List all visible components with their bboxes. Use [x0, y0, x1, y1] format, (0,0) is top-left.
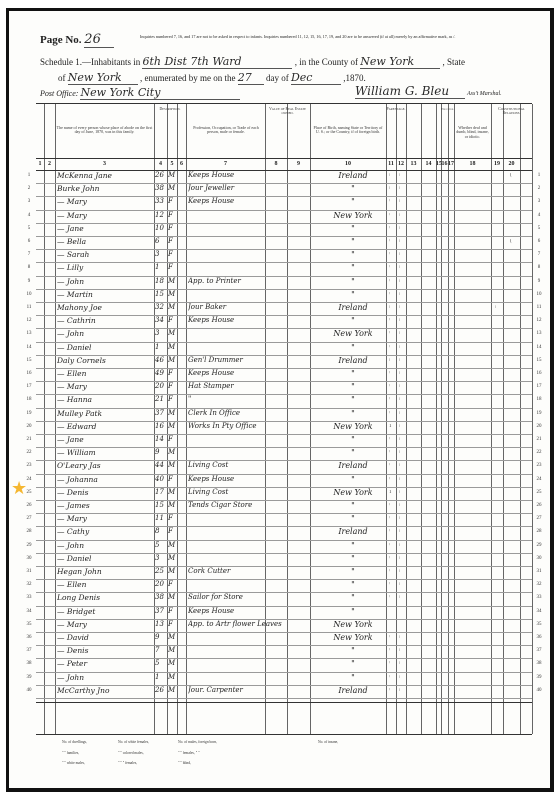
father-foreign-mark: \ [389, 543, 390, 548]
sex: F [168, 395, 177, 403]
age: 26 [155, 171, 167, 179]
person-name: — Mary [57, 197, 153, 206]
table-row: 2222— William9M"\/ [36, 447, 532, 460]
sex: M [168, 303, 177, 311]
mother-foreign-mark: / [399, 186, 400, 191]
vote-denied-mark: ( [510, 173, 512, 178]
column-number-12: 12 [396, 161, 406, 167]
line-number-right: 34 [532, 609, 546, 614]
line-number-left: 26 [22, 503, 36, 508]
sex: M [168, 567, 177, 575]
table-row: 1717— Mary20FHat Stamper"\/ [36, 381, 532, 394]
line-number-left: 7 [22, 252, 36, 257]
age: 18 [155, 277, 167, 285]
person-name: — Daniel [57, 554, 153, 563]
age: 46 [155, 356, 167, 364]
mother-foreign-mark: / [399, 239, 400, 244]
line-number-right: 10 [532, 292, 546, 297]
table-row: 1616— Ellen49FKeeps House"\/ [36, 368, 532, 381]
mother-foreign-mark: / [399, 331, 400, 336]
occupation: Keeps House [188, 607, 308, 615]
table-row: 22Burke John38MJour Jeweller"// [36, 183, 532, 196]
age: 21 [155, 395, 167, 403]
occupation: Clerk In Office [188, 409, 308, 417]
line-number-right: 8 [532, 265, 546, 270]
sex: M [168, 329, 177, 337]
birthplace: Ireland [321, 527, 385, 536]
person-name: — Peter [57, 659, 153, 668]
mother-foreign-mark: / [399, 503, 400, 508]
birthplace: " [321, 514, 385, 523]
sex: M [168, 673, 177, 681]
line-number-left: 38 [22, 661, 36, 666]
line-number-left: 32 [22, 582, 36, 587]
father-foreign-mark: \ [389, 226, 390, 231]
line-number-left: 30 [22, 556, 36, 561]
person-name: Hegan John [57, 567, 153, 576]
sex: F [168, 475, 177, 483]
line-number-left: 13 [22, 331, 36, 336]
father-foreign-mark: \ [389, 252, 390, 257]
age: 7 [155, 646, 167, 654]
footer-foreign-males: No. of males, foreign born, [178, 740, 217, 744]
sex: M [168, 501, 177, 509]
father-foreign-mark: \ [389, 463, 390, 468]
marshal-line: William G. Bleu Ass't Marshal. [355, 84, 502, 99]
table-row: 2121— Jane14F"\/ [36, 434, 532, 447]
column-number-5: 5 [167, 161, 177, 167]
sex: F [168, 316, 177, 324]
age: 14 [155, 435, 167, 443]
line-number-left: 2 [22, 186, 36, 191]
father-foreign-mark: \ [389, 411, 390, 416]
footer-families: " " families, [62, 751, 79, 755]
occupation: Gen'l Drummer [188, 356, 308, 364]
line-number-left: 39 [22, 675, 36, 680]
line-number-right: 38 [532, 661, 546, 666]
column-number-19: 19 [491, 161, 503, 167]
age: 38 [155, 593, 167, 601]
age: 3 [155, 554, 167, 562]
sex: M [168, 343, 177, 351]
line-number-right: 3 [532, 199, 546, 204]
table-row: 77— Sarah3F"\/ [36, 249, 532, 262]
mother-foreign-mark: / [399, 450, 400, 455]
line-number-left: 27 [22, 516, 36, 521]
line-number-right: 37 [532, 648, 546, 653]
birthplace: " [321, 184, 385, 193]
line-number-right: 24 [532, 477, 546, 482]
table-row: 2626— James15MTends Cigar Store"\/ [36, 500, 532, 513]
father-foreign-mark: \ [389, 265, 390, 270]
footer-white-males: " " white males, [62, 761, 85, 765]
occupation: Cork Cutter [188, 567, 308, 575]
occupation: Sailor for Store [188, 593, 308, 601]
sex: M [168, 488, 177, 496]
column-number-2: 2 [44, 161, 55, 167]
mother-foreign-mark: / [399, 437, 400, 442]
group-description: Description. [154, 107, 186, 111]
person-name: — Denis [57, 646, 153, 655]
age: 9 [155, 448, 167, 456]
occupation: Keeps House [188, 369, 308, 377]
line-number-left: 23 [22, 463, 36, 468]
line-number-left: 18 [22, 397, 36, 402]
sex: M [168, 422, 177, 430]
occupation: Hat Stamper [188, 382, 308, 390]
citizen-mark: / [495, 305, 496, 310]
mother-foreign-mark: / [399, 213, 400, 218]
age: 40 [155, 475, 167, 483]
birthplace: " [321, 224, 385, 233]
column-number-18: 18 [454, 161, 491, 167]
column-number-9: 9 [287, 161, 310, 167]
table-row: 44— Mary12FNew York\/ [36, 210, 532, 223]
mother-foreign-mark: / [399, 292, 400, 297]
line-number-right: 31 [532, 569, 546, 574]
line-number-left: 29 [22, 543, 36, 548]
sex: F [168, 211, 177, 219]
occupation: Keeps House [188, 171, 308, 179]
column-number-20: 20 [503, 161, 520, 167]
column-number-6: 6 [177, 161, 186, 167]
mother-foreign-mark: / [399, 371, 400, 376]
sex: F [168, 580, 177, 588]
birthplace: " [321, 593, 385, 602]
column-number-11: 11 [386, 161, 396, 167]
table-row: 2323O'Leary Jas44MLiving CostIreland\/ [36, 460, 532, 473]
line-number-right: 29 [532, 543, 546, 548]
line-number-right: 23 [532, 463, 546, 468]
age: 1 [155, 263, 167, 271]
table-row: 3939— John1M"\/ [36, 672, 532, 685]
line-number-left: 19 [22, 411, 36, 416]
occupation: " [188, 395, 308, 403]
group-real-estate: Value of Real Estate owned. [265, 107, 310, 116]
sex: F [168, 607, 177, 615]
sex: M [168, 171, 177, 179]
occupation: Works In Pty Office [188, 422, 308, 430]
birthplace: " [321, 541, 385, 550]
line-number-right: 2 [532, 186, 546, 191]
person-name: Long Denis [57, 593, 153, 602]
father-foreign-mark: \ [389, 661, 390, 666]
line-number-right: 14 [532, 345, 546, 350]
father-foreign-mark: \ [389, 569, 390, 574]
birthplace: New York [321, 422, 385, 431]
column-number-14: 14 [421, 161, 436, 167]
age: 15 [155, 290, 167, 298]
birthplace: Ireland [321, 461, 385, 470]
mother-foreign-mark: / [399, 490, 400, 495]
footer-insane: No. of insane, [318, 740, 338, 744]
line-number-right: 17 [532, 384, 546, 389]
person-name: — William [57, 448, 153, 457]
sex: F [168, 514, 177, 522]
mother-foreign-mark: / [399, 635, 400, 640]
table-row: 3232— Ellen20F"\/ [36, 579, 532, 592]
birthplace: New York [321, 329, 385, 338]
line-number-right: 27 [532, 516, 546, 521]
line-number-right: 7 [532, 252, 546, 257]
age: 44 [155, 461, 167, 469]
line-number-right: 25 [532, 490, 546, 495]
table-row: 11McKenna Jane26MKeeps HouseIreland//( [36, 170, 532, 183]
age: 33 [155, 197, 167, 205]
father-foreign-mark: \ [389, 516, 390, 521]
sex: F [168, 527, 177, 535]
enumeration-line: of New York , enumerated by me on the 27… [58, 71, 366, 85]
mother-foreign-mark: / [399, 529, 400, 534]
father-foreign-mark: \ [389, 477, 390, 482]
col10-header: Place of Birth, naming State or Territor… [312, 126, 384, 135]
line-number-left: 36 [22, 635, 36, 640]
age: 5 [155, 659, 167, 667]
birthplace: " [321, 382, 385, 391]
person-name: — Cathy [57, 527, 153, 536]
mother-foreign-mark: / [399, 516, 400, 521]
birthplace: New York [321, 488, 385, 497]
table-row: 2727— Mary11F"\/ [36, 513, 532, 526]
star-icon[interactable]: ★ [11, 479, 29, 497]
person-name: — Sarah [57, 250, 153, 259]
post-office-line: Post Office: New York City [40, 86, 240, 100]
state-field: New York [68, 71, 138, 85]
age: 10 [155, 224, 167, 232]
group-education: Education. [441, 107, 454, 111]
line-number-left: 15 [22, 358, 36, 363]
person-name: O'Leary Jas [57, 461, 153, 470]
line-number-right: 40 [532, 688, 546, 693]
table-row: 2020— Edward16MWorks In Pty OfficeNew Yo… [36, 421, 532, 434]
mother-foreign-mark: / [399, 477, 400, 482]
father-foreign-mark: \ [389, 582, 390, 587]
instructions-text: Inquiries numbered 7, 16, and 17 are not… [140, 34, 550, 39]
age: 5 [155, 541, 167, 549]
table-row: 2424— Johanna40FKeeps House"\/ [36, 474, 532, 487]
age: 25 [155, 567, 167, 575]
father-foreign-mark: / [389, 186, 390, 191]
column-number-10: 10 [310, 161, 386, 167]
father-foreign-mark: \ [389, 279, 390, 284]
page-number: 26 [84, 32, 114, 48]
table-row: 4040McCarthy Jno26MJour. CarpenterIrelan… [36, 685, 532, 698]
census-table: Description. Value of Real Estate owned.… [36, 103, 532, 735]
birthplace: " [321, 448, 385, 457]
line-number-right: 5 [532, 226, 546, 231]
sex: M [168, 277, 177, 285]
birthplace: " [321, 646, 385, 655]
occupation: Living Cost [188, 488, 308, 496]
age: 9 [155, 633, 167, 641]
occupation: Keeps House [188, 475, 308, 483]
father-foreign-mark: / [389, 358, 390, 363]
father-foreign-mark: \ [389, 595, 390, 600]
occupation: Keeps House [188, 197, 308, 205]
mother-foreign-mark: / [399, 595, 400, 600]
footer-foreign-females: " " females, " " [178, 751, 200, 755]
sex: M [168, 646, 177, 654]
birthplace: Ireland [321, 686, 385, 695]
father-foreign-mark: \ [389, 556, 390, 561]
table-row: 3030— Daniel3M"\/ [36, 553, 532, 566]
column-number-7: 7 [186, 161, 265, 167]
father-foreign-mark: \ [389, 371, 390, 376]
day-field: 27 [238, 71, 264, 85]
line-number-right: 12 [532, 318, 546, 323]
table-row: 55— Jane10F"\/ [36, 223, 532, 236]
birthplace: " [321, 290, 385, 299]
line-number-right: 28 [532, 529, 546, 534]
person-name: — David [57, 633, 153, 642]
line-number-left: 22 [22, 450, 36, 455]
age: 32 [155, 303, 167, 311]
father-foreign-mark: / [389, 305, 390, 310]
father-foreign-mark: 1 [389, 424, 392, 429]
person-name: — Bridget [57, 607, 153, 616]
person-name: — Edward [57, 422, 153, 431]
birthplace: New York [321, 620, 385, 629]
table-row: 66— Bella6F"\/( [36, 236, 532, 249]
column-number-1: 1 [36, 161, 44, 167]
line-number-left: 3 [22, 199, 36, 204]
occupation: Jour Baker [188, 303, 308, 311]
mother-foreign-mark: / [399, 648, 400, 653]
birthplace: " [321, 316, 385, 325]
table-row: 1212— Cathrin34FKeeps House"\/ [36, 315, 532, 328]
father-foreign-mark: \ [389, 688, 390, 693]
line-number-left: 35 [22, 622, 36, 627]
father-foreign-mark: \ [389, 397, 390, 402]
birthplace: " [321, 567, 385, 576]
person-name: Burke John [57, 184, 153, 193]
col7-header: Profession, Occupation, or Trade of each… [188, 126, 264, 135]
district-field: 6th Dist 7th Ward [142, 55, 292, 69]
person-name: — Hanna [57, 395, 153, 404]
mother-foreign-mark: / [399, 252, 400, 257]
group-constitutional: Constitutional Relations. [491, 107, 532, 116]
line-number-left: 6 [22, 239, 36, 244]
mother-foreign-mark: / [399, 556, 400, 561]
age: 17 [155, 488, 167, 496]
person-name: — Lilly [57, 263, 153, 272]
father-foreign-mark: \ [389, 199, 390, 204]
line-number-right: 11 [532, 305, 546, 310]
table-row: 88— Lilly1F"\/ [36, 262, 532, 275]
line-number-right: 22 [532, 450, 546, 455]
sex: M [168, 593, 177, 601]
mother-foreign-mark: / [399, 582, 400, 587]
father-foreign-mark: \ [389, 529, 390, 534]
footer-blind: " " blind, [178, 761, 191, 765]
person-name: — Daniel [57, 343, 153, 352]
father-foreign-mark: \ [389, 503, 390, 508]
table-row: 3333Long Denis38MSailor for Store"\/ [36, 592, 532, 605]
father-foreign-mark: \ [389, 450, 390, 455]
person-name: — Ellen [57, 369, 153, 378]
mother-foreign-mark: / [399, 397, 400, 402]
birthplace: " [321, 435, 385, 444]
person-name: Mahony Joe [57, 303, 153, 312]
table-row: 2525— Denis17MLiving CostNew York1/ [36, 487, 532, 500]
sex: F [168, 237, 177, 245]
line-number-left: 28 [22, 529, 36, 534]
person-name: — John [57, 673, 153, 682]
post-office-field: New York City [80, 86, 240, 100]
mother-foreign-mark: / [399, 345, 400, 350]
occupation: App. to Printer [188, 277, 308, 285]
line-number-left: 17 [22, 384, 36, 389]
age: 37 [155, 409, 167, 417]
birthplace: " [321, 475, 385, 484]
age: 3 [155, 250, 167, 258]
occupation: Jour. Carpenter [188, 686, 308, 694]
line-number-right: 32 [532, 582, 546, 587]
person-name: — Ellen [57, 580, 153, 589]
age: 37 [155, 607, 167, 615]
mother-foreign-mark: / [399, 199, 400, 204]
age: 3 [155, 329, 167, 337]
line-number-right: 6 [532, 239, 546, 244]
table-row: 3131Hegan John25MCork Cutter"\/ [36, 566, 532, 579]
sex: F [168, 369, 177, 377]
mother-foreign-mark: / [399, 411, 400, 416]
birthplace: New York [321, 211, 385, 220]
table-row: 99— John18MApp. to Printer"\/ [36, 276, 532, 289]
vote-denied-mark: ( [510, 239, 512, 244]
age: 1 [155, 343, 167, 351]
age: 16 [155, 422, 167, 430]
person-name: — Mary [57, 514, 153, 523]
age: 34 [155, 316, 167, 324]
sex: F [168, 197, 177, 205]
person-name: McCarthy Jno [57, 686, 153, 695]
mother-foreign-mark: / [399, 675, 400, 680]
birthplace: " [321, 580, 385, 589]
father-foreign-mark: \ [389, 437, 390, 442]
person-name: McKenna Jane [57, 171, 153, 180]
mother-foreign-mark: / [399, 318, 400, 323]
line-number-right: 13 [532, 331, 546, 336]
line-number-left: 9 [22, 279, 36, 284]
mother-foreign-mark: / [399, 543, 400, 548]
sex: M [168, 461, 177, 469]
line-number-right: 19 [532, 411, 546, 416]
birthplace: Ireland [321, 356, 385, 365]
month-field: Dec [291, 71, 341, 85]
age: 38 [155, 184, 167, 192]
father-foreign-mark: \ [389, 292, 390, 297]
age: 20 [155, 382, 167, 390]
birthplace: " [321, 501, 385, 510]
table-row: 33— Mary33FKeeps House"\/ [36, 196, 532, 209]
person-name: — John [57, 329, 153, 338]
father-foreign-mark: \ [389, 331, 390, 336]
line-number-right: 36 [532, 635, 546, 640]
father-foreign-mark: \ [389, 648, 390, 653]
table-row: 1414— Daniel1M"\/ [36, 342, 532, 355]
line-number-left: 21 [22, 437, 36, 442]
sex: F [168, 224, 177, 232]
line-number-left: 14 [22, 345, 36, 350]
line-number-right: 16 [532, 371, 546, 376]
birthplace: " [321, 197, 385, 206]
person-name: — James [57, 501, 153, 510]
column-number-3: 3 [55, 161, 154, 167]
sex: M [168, 409, 177, 417]
person-name: — Mary [57, 620, 153, 629]
footer-colored-females: " " " females, [118, 761, 137, 765]
